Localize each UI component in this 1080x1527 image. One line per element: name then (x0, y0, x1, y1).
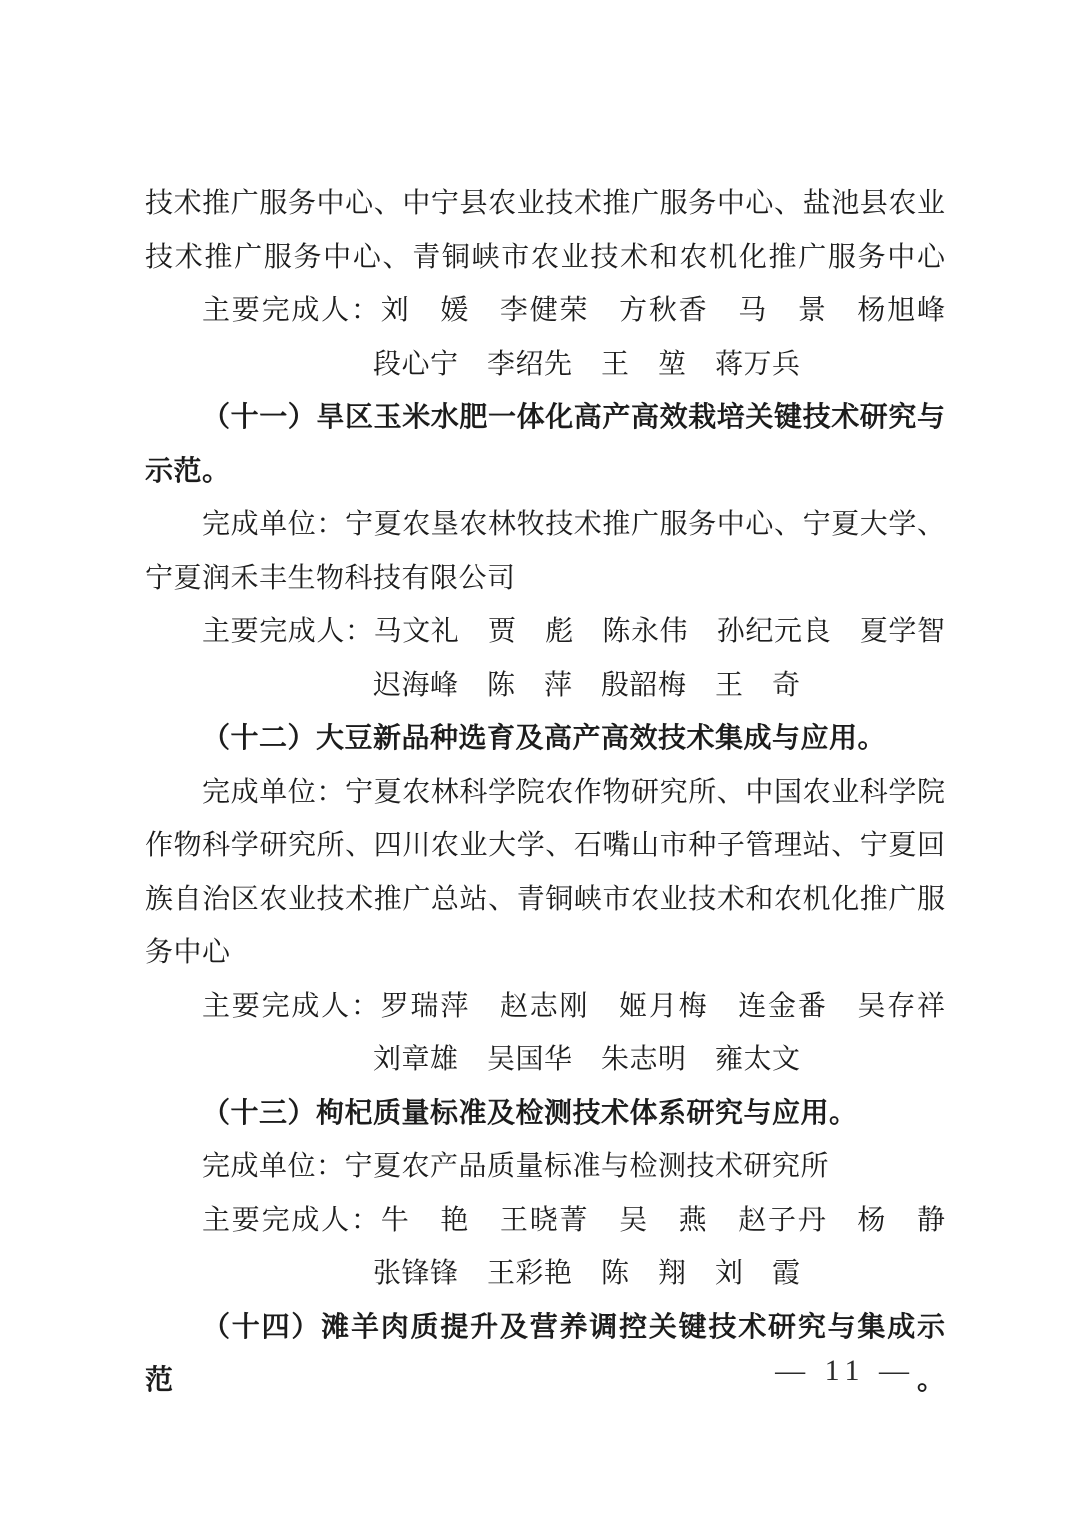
contributors-continuation: 张锋锋 王彩艳 陈 翔 刘 霞 (145, 1247, 945, 1301)
document-page: 技术推广服务中心、中宁县农业技术推广服务中心、盐池县农业 技术推广服务中心、青铜… (0, 0, 1080, 1527)
contributors-continuation: 段心宁 李绍先 王 堃 蒋万兵 (145, 338, 945, 392)
completing-units-line: 完成单位：宁夏农产品质量标准与检测技术研究所 (145, 1140, 945, 1194)
completing-units-continuation: 务中心 (145, 926, 945, 980)
completing-units-continuation: 技术推广服务中心、青铜峡市农业技术和农机化推广服务中心 (145, 231, 945, 285)
document-body: 技术推广服务中心、中宁县农业技术推广服务中心、盐池县农业 技术推广服务中心、青铜… (145, 177, 945, 1354)
completing-units-line: 完成单位：宁夏农垦农林牧技术推广服务中心、宁夏大学、 (145, 498, 945, 552)
completing-units-continuation: 作物科学研究所、四川农业大学、石嘴山市种子管理站、宁夏回 (145, 819, 945, 873)
main-contributors-line: 主要完成人：罗瑞萍 赵志刚 姬月梅 连金番 吴存祥 (145, 980, 945, 1034)
contributors-continuation: 刘章雄 吴国华 朱志明 雍太文 (145, 1033, 945, 1087)
completing-units-continuation: 宁夏润禾丰生物科技有限公司 (145, 552, 945, 606)
contributors-continuation: 迟海峰 陈 萍 殷韶梅 王 奇 (145, 659, 945, 713)
project-title-heading: （十一）旱区玉米水肥一体化高产高效栽培关键技术研究与 (145, 391, 945, 445)
completing-units-continuation: 技术推广服务中心、中宁县农业技术推广服务中心、盐池县农业 (145, 177, 945, 231)
project-title-heading: （十二）大豆新品种选育及高产高效技术集成与应用。 (145, 712, 945, 766)
page-number: — 11 — (775, 1350, 915, 1392)
completing-units-line: 完成单位：宁夏农林科学院农作物研究所、中国农业科学院 (145, 766, 945, 820)
main-contributors-line: 主要完成人：刘 媛 李健荣 方秋香 马 景 杨旭峰 (145, 284, 945, 338)
main-contributors-line: 主要完成人：牛 艳 王晓菁 吴 燕 赵子丹 杨 静 (145, 1194, 945, 1248)
completing-units-continuation: 族自治区农业技术推广总站、青铜峡市农业技术和农机化推广服 (145, 873, 945, 927)
project-title-heading: （十三）枸杞质量标准及检测技术体系研究与应用。 (145, 1087, 945, 1141)
project-title-heading: （十四）滩羊肉质提升及营养调控关键技术研究与集成示范。 (145, 1301, 945, 1355)
project-title-continuation: 示范。 (145, 445, 945, 499)
main-contributors-line: 主要完成人：马文礼 贾 彪 陈永伟 孙纪元良 夏学智 (145, 605, 945, 659)
page-footer: — 11 — (145, 1350, 945, 1392)
